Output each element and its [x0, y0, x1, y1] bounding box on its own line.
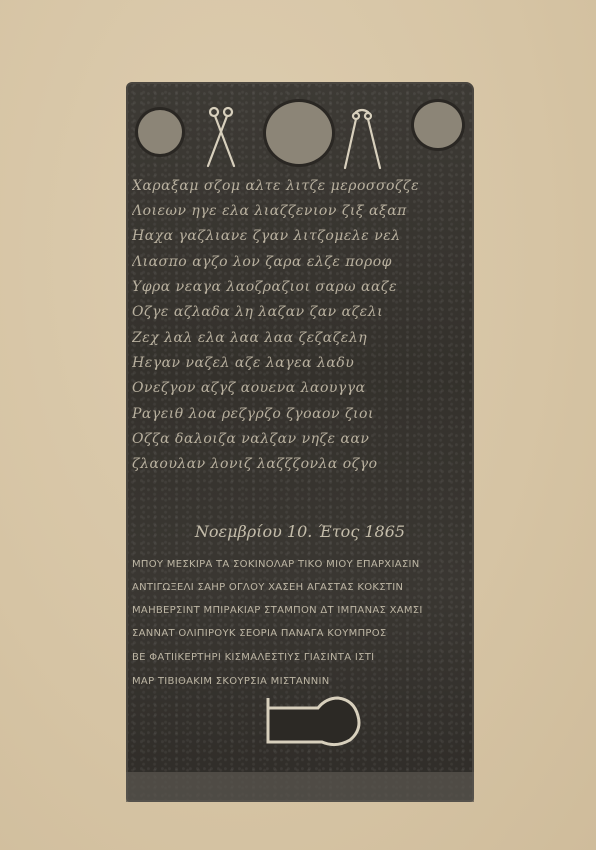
- caps-line: ΒΕ ΦΑΤΙΙΚΕΡΤΗΡΙ ΚΙΣΜΑΛΕΣΤΙΥΣ ΓΙΑΣΙΝΤΑ ΙΣ…: [132, 652, 468, 663]
- cursive-line: Οζγε αζλαδα λη λαζαν ζαν αζελι: [132, 304, 468, 320]
- caps-line: ΜΠΟΥ ΜΕΣΚΙΡΑ ΤΑ ΣΟΚΙΝΟΛΑΡ ΤΙΚΟ ΜΙΟΥ ΕΠΑΡ…: [132, 559, 468, 570]
- inscribed-slab: Χαραξαμ σζομ αλτε λιτζε μεροσσοζζε Λοιεω…: [126, 82, 474, 802]
- cursive-line: Ηεγαν ναζελ αζε λαγεα λαδυ: [132, 355, 468, 371]
- caps-line: ΑΝΤΙΓΩΞΕΛΙ ΣΑΗΡ ΟΓΛΟΥ ΧΑΣΕΗ ΑΓΑΣΤΑΣ ΚΟΚΣ…: [132, 582, 468, 593]
- cursive-line: Ραγειθ λοα ρεζγρζο ζγοαον ζιοι: [132, 406, 468, 422]
- flask-emblem-icon: [262, 692, 366, 748]
- cursive-line: Ηαχα γαζλιανε ζγαν λιτζομελε νελ: [132, 228, 468, 244]
- cursive-line: Λοιεων ηγε ελα λιαζζενιον ζιξ αξαπ: [132, 203, 468, 219]
- scissors-icon: [204, 106, 240, 168]
- cursive-line: Λιασπο αγζο λον ζαρα ελζε ποροφ: [132, 254, 468, 270]
- center-disc: [266, 102, 332, 164]
- caps-line: ΣΑΝΝΑΤ ΟΛΙΠΙΡΟΥΚ ΣΕΟΡΙΑ ΠΑΝΑΓΑ ΚΟΥΜΠΡΟΣ: [132, 628, 468, 639]
- cursive-line: Χαραξαμ σζομ αλτε λιτζε μεροσσοζζε: [132, 178, 468, 194]
- compass-icon: [342, 108, 382, 170]
- cursive-line: Υφρα νεαγα λαοζραζιοι σαρω ααζε: [132, 279, 468, 295]
- cursive-line: Ζεχ λαλ ελα λαα λαα ζεζαζελη: [132, 330, 468, 346]
- left-disc: [138, 110, 182, 154]
- slab-base: [126, 772, 474, 802]
- right-disc: [414, 102, 462, 148]
- caps-line: ΜΑΗΒΕΡΣΙΝΤ ΜΠΙΡΑΚΙΑΡ ΣΤΑΜΠΟΝ ΔΤ ΙΜΠΑΝΑΣ …: [132, 605, 468, 616]
- cursive-line: ζλαουλαν λονιζ λαζζζονλα οζγο: [132, 456, 468, 472]
- cursive-line: Ονεζγον αζγζ αουενα λαουγγα: [132, 380, 468, 396]
- date-line: Νοεμβρίου 10. Έτος 1865: [126, 522, 474, 541]
- cursive-line: Οζζα δαλοιζα ναλζαν νηζε ααν: [132, 431, 468, 447]
- caps-line: ΜΑΡ ΤΙΒΙΘΑΚΙΜ ΣΚΟΥΡΣΙΑ ΜΙΣΤΑΝΝΙΝ: [132, 676, 468, 687]
